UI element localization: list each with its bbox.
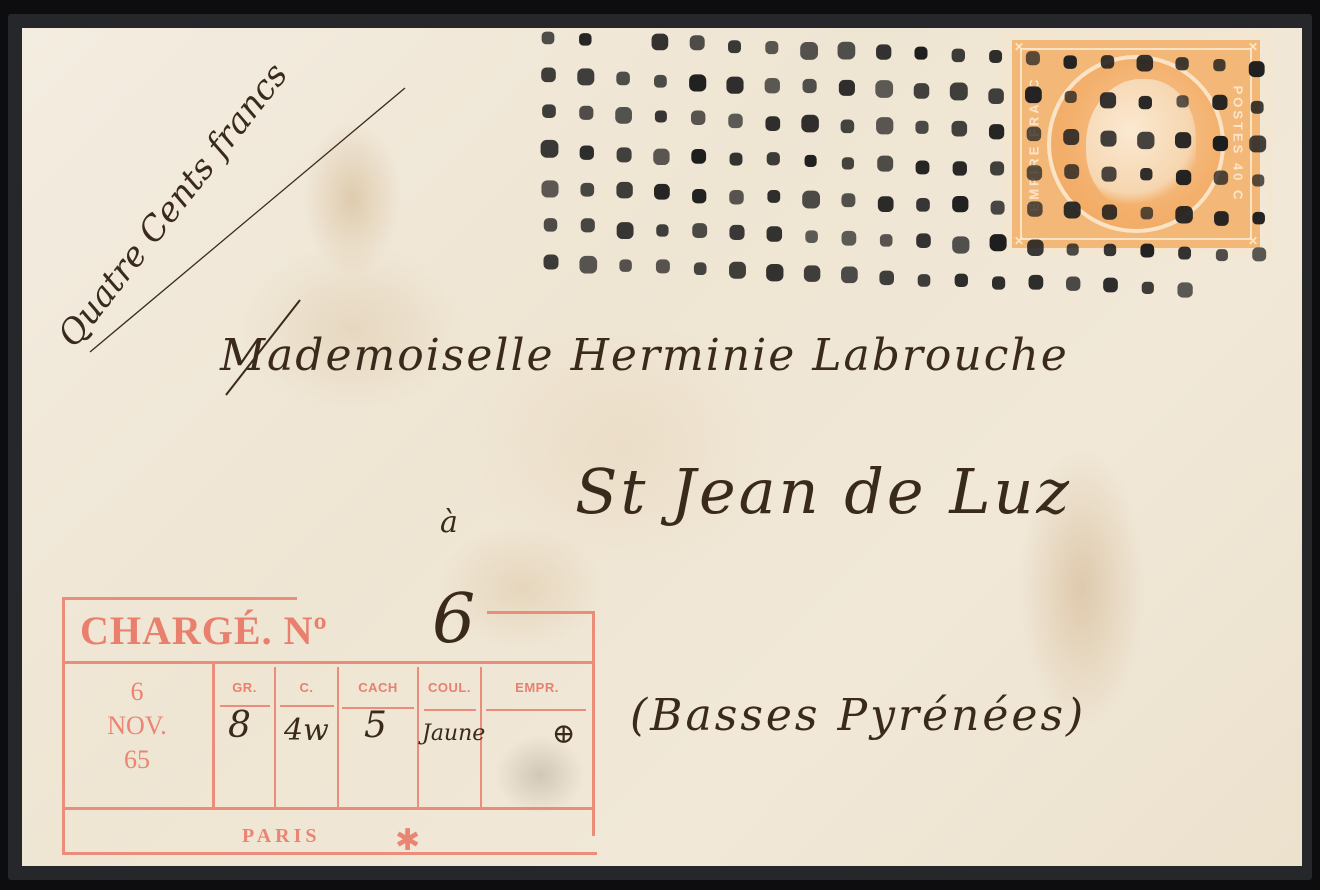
star-icon: ✱ (395, 823, 420, 858)
column-header-centimes: C. (276, 680, 337, 695)
stamp-design: EMPIRE FRANC POSTES 40 C ✕ ✕ ✕ ✕ (1012, 40, 1260, 248)
cachet-city: PARIS (242, 825, 321, 848)
column-header-seals: CACH (339, 680, 417, 695)
cachet-date-year: 65 (62, 743, 212, 777)
cachet-date: 6 NOV. 65 (62, 667, 212, 807)
cell-weight: 8 (228, 705, 251, 746)
water-stain (495, 735, 585, 815)
registered-mail-cachet: CHARGÉ. Nº 6 NOV. 65 GR. C. CACH COUL. E… (62, 597, 597, 857)
stamp-right-text: POSTES 40 C (1231, 86, 1246, 203)
postage-stamp: EMPIRE FRANC POSTES 40 C ✕ ✕ ✕ ✕ (1000, 28, 1272, 260)
cachet-date-day: 6 (62, 675, 212, 709)
address-connector: à (440, 505, 458, 540)
addressee-line: Mademoiselle Herminie Labrouche (220, 330, 1069, 381)
stamp-corner-icon: ✕ (1014, 234, 1024, 248)
cell-color: Jaune (422, 721, 485, 746)
column-header-imprint: EMPR. (482, 680, 592, 695)
cachet-date-month: NOV. (62, 709, 212, 743)
stamp-left-text: EMPIRE FRANC (1027, 77, 1042, 212)
column-header-color: COUL. (419, 680, 480, 695)
cachet-title: CHARGÉ. Nº (80, 607, 328, 654)
address-town: St Jean de Luz (575, 455, 1072, 528)
stamp-corner-icon: ✕ (1248, 40, 1258, 54)
cell-centimes: 4w (284, 713, 329, 748)
cell-seals: 5 (364, 705, 387, 746)
address-department: (Basses Pyrénées) (630, 690, 1086, 741)
stamp-corner-icon: ✕ (1014, 40, 1024, 54)
emperor-portrait-icon (1086, 79, 1196, 209)
stamp-corner-icon: ✕ (1248, 234, 1258, 248)
column-header-weight: GR. (215, 680, 274, 695)
